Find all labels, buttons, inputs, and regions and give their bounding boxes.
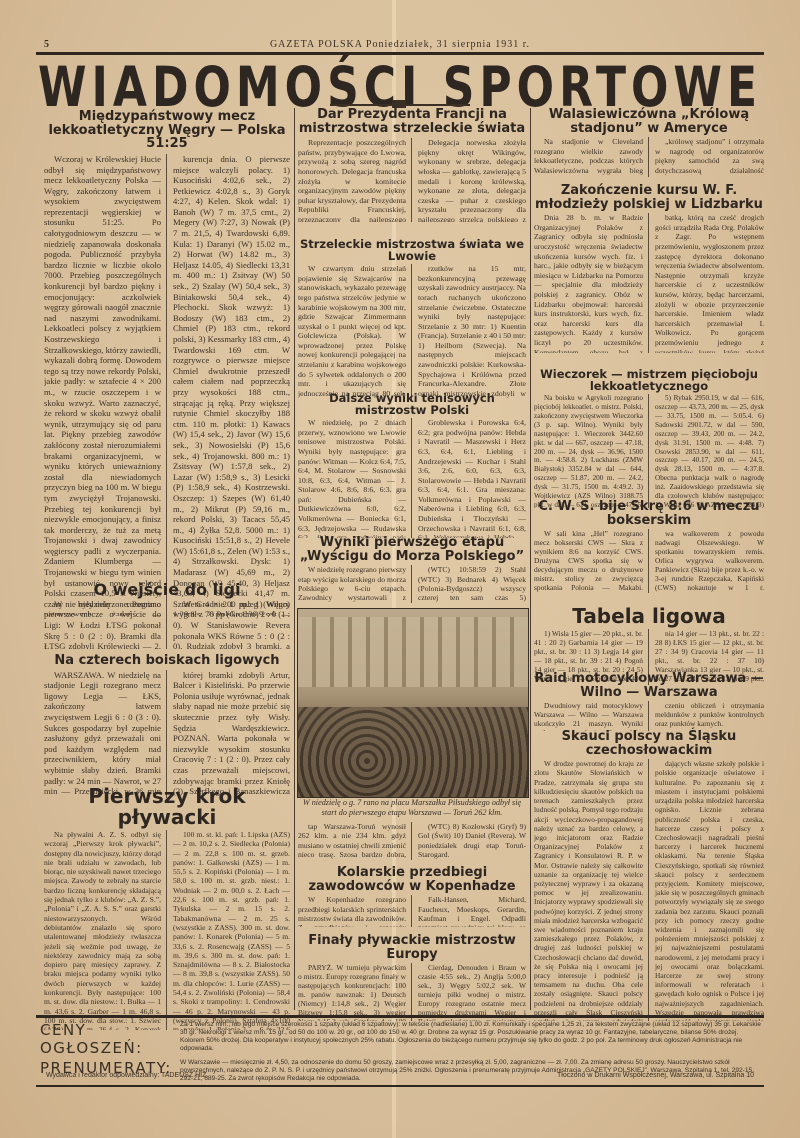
article-text: W drodze powrotnej do kraju ze zlotu Ska…: [534, 759, 643, 1021]
article-french-president: Dar Prezydenta Francji na mistrzostwa st…: [298, 108, 526, 222]
headline: Wyniki pierwszego etapu „Wyścigu do Morz…: [298, 536, 526, 563]
ad-prices-label: CENY OGŁOSZEŃ:: [36, 1021, 180, 1057]
headline: Tabela ligowa: [534, 606, 764, 627]
running-header: 5 GAZETA POLSKA Poniedziałek, 31 sierpni…: [36, 39, 764, 50]
headline: Walasiewiczówna „Królową stadjonu” w Ame…: [534, 108, 764, 135]
article-cycling-race-cont: tap Warszawa-Toruń wynosił 262 klm. a ni…: [298, 822, 526, 860]
header-rule: [36, 52, 764, 55]
headline: O wejście do ligi: [44, 582, 290, 599]
article-text: Falk-Hansen, Michard, Faucheux, Moeskops…: [418, 895, 526, 927]
headline: Finały pływackie mistrzostw Europy: [298, 934, 526, 961]
subscriptions-text: W Warszawie — miesięcznie zł. 4,50, za o…: [180, 1059, 764, 1083]
article-cws-skra: C. W. S. bije Skrę 8:6 w meczu bokserski…: [534, 500, 764, 593]
article-text: Na pływalni A. Z. S. odbył się wczoraj „…: [44, 830, 161, 1030]
article-text: Wczoraj w Królewskiej Hucie odbył się mi…: [44, 154, 161, 616]
article-text: W sali kina „Hel” rozegrano mecz boksers…: [534, 529, 643, 593]
article-text: Dnia 28 b. m. w Radzie Organizacyjnej Po…: [534, 213, 643, 353]
article-text: Reprezentacje poszczególnych państw, prz…: [298, 138, 406, 222]
article-text: Groblewska i Porowska 6:4, 6:2; gra podw…: [418, 418, 526, 538]
headline: Kolarskie przedbiegi zawodowców w Kopenh…: [298, 866, 526, 893]
article-text: W niedzielę rozegrano pierwszy etap wyśc…: [298, 565, 406, 603]
article-text: Na boisku w Agrykoli rozegrano pięciobój…: [534, 394, 643, 508]
article-text: W niedzielę, po 2 dniach przerwy, wznowi…: [298, 418, 406, 538]
article-shooting-lwow: Strzeleckie mistrzostwa świata we Lwowie…: [298, 238, 526, 400]
article-text: wa walkoverem z powodu nadwagi Olszewski…: [655, 529, 764, 593]
article-text: W Grodnie 1 ppleg (Wilno) wygrał z 76 pp…: [173, 599, 290, 649]
page-number: 5: [44, 39, 50, 50]
article-text: rzutków na 15 mtr, bezkonkurencyjną prze…: [418, 264, 526, 400]
article-text: Na stadjonie w Cleveland rozegrano wielk…: [534, 137, 643, 177]
article-cycling-race: Wyniki pierwszego etapu „Wyścigu do Morz…: [298, 536, 526, 603]
article-text: czeniu obliczeń i otrzymania meldunków z…: [655, 701, 764, 728]
ornament-divider: [330, 104, 470, 106]
article-text: (WTC) 10:58:59 2) Stahl (WTC) 3) Bednare…: [418, 565, 526, 603]
article-scouts: Skauci polscy na Śląsku czechosłowackim …: [534, 730, 764, 1021]
article-text: Delegacja norweska złożyła piękny okręt …: [418, 138, 526, 222]
article-text: tap Warszawa-Toruń wynosił 262 klm. a ni…: [298, 822, 406, 860]
article-walasiewicz: Walasiewiczówna „Królową stadjonu” w Ame…: [534, 108, 764, 177]
article-swim-europe: Finały pływackie mistrzostw Europy PARYŻ…: [298, 934, 526, 1021]
headline: Zakończenie kursu W. F. młodzieży polski…: [534, 184, 764, 211]
ad-prices-text: Za 1 wiersz mm., lub jego miejsce szerok…: [180, 1021, 764, 1053]
article-text: dających własne szkoły polskie i polskie…: [655, 759, 764, 1021]
article-text: (WTC) 8) Kozłowski (Gryf) 9) Gol (Świt) …: [418, 822, 526, 859]
headline: Skauci polscy na Śląsku czechosłowackim: [534, 730, 764, 757]
headline: Strzeleckie mistrzostwa świata we Lwowie: [298, 238, 526, 262]
headline: Międzypaństwowy mecz lekkoatletyczny Węg…: [44, 110, 290, 151]
article-text: PARYŻ. W turnieju pływackim o mistrz. Eu…: [298, 963, 406, 1021]
headline: Wieczorek — mistrzem pięcioboju lekkoatl…: [534, 368, 764, 392]
article-text: W czwartym dniu strzelań pojawienie się …: [298, 264, 406, 400]
headline: Raid motocyklowy Warszawa — Wilno — Wars…: [534, 672, 764, 699]
article-wieczorek: Wieczorek — mistrzem pięcioboju lekkoatl…: [534, 368, 764, 508]
article-league-entry: O wejście do ligi W niedzielę rozegrano …: [44, 582, 290, 649]
printer-line: Tłoczono w Drukarni Współczesnej, Warsza…: [557, 1072, 754, 1079]
headline: Dar Prezydenta Francji na mistrzostwa st…: [298, 108, 526, 135]
article-text: Dwudniowy raid motocyklowy Warszawa — Wi…: [534, 701, 643, 731]
article-text: 100 m. st. kl. pań: 1. Lipska (AZS) — 2 …: [173, 830, 290, 1030]
article-text: batką, którą na cześć drogich gości urzą…: [655, 213, 764, 353]
headline: Na czterech boiskach ligowych: [44, 654, 290, 668]
column-rule: [294, 108, 295, 1010]
headline: C. W. S. bije Skrę 8:6 w meczu bokserski…: [534, 500, 764, 527]
article-four-pitches: Na czterech boiskach ligowych WARSZAWA. …: [44, 654, 290, 798]
article-text: Cierdag, Denouden i Braun w czasie 4:55 …: [418, 963, 526, 1021]
article-text: 5) Rybak 2950.19, w dal — 616, oszczep —…: [655, 394, 764, 508]
running-title: GAZETA POLSKA Poniedziałek, 31 sierpnia …: [270, 39, 530, 50]
headline: Dalsze wyniki tenisowych mistrzostw Pols…: [298, 392, 526, 416]
publisher-line: Wydawca i redaktor odpowiedzialny: TADEU…: [46, 1072, 208, 1079]
article-hungary-poland: Międzypaństwowy mecz lekkoatletyczny Węg…: [44, 110, 290, 616]
article-moto-raid: Raid motocyklowy Warszawa — Wilno — Wars…: [534, 672, 764, 731]
article-text: „królowę stadjonu” i otrzymała w nagrodę…: [655, 137, 764, 177]
article-text: W niedzielę rozegrano pierwsze mecze o w…: [44, 599, 161, 649]
building-facade: [298, 617, 528, 687]
article-text: kurencja dnia. O pierwsze miejsce walczy…: [173, 154, 290, 616]
photo-caption: W niedzielę o g. 7 rano na placu Marszał…: [297, 798, 527, 818]
article-text: WARSZAWA. W niedzielę na stadjonie Legji…: [44, 670, 161, 798]
headline: Pierwszy krok pływacki: [44, 786, 290, 828]
imprint-footer: Wydawca i redaktor odpowiedzialny: TADEU…: [36, 1072, 764, 1079]
article-first-swim: Pierwszy krok pływacki Na pływalni A. Z.…: [44, 786, 290, 1030]
race-start-photo: [297, 608, 529, 798]
article-copenhagen: Kolarskie przedbiegi zawodowców w Kopenh…: [298, 866, 526, 927]
article-tennis: Dalsze wyniki tenisowych mistrzostw Pols…: [298, 392, 526, 538]
article-text: W Kopenhadze rozegrano przedbiegi kolars…: [298, 895, 406, 927]
cyclists-crowd: [298, 707, 528, 797]
column-rule: [530, 108, 531, 1010]
article-lidzbark: Zakończenie kursu W. F. młodzieży polski…: [534, 184, 764, 353]
article-text: której bramki zdobyli Artur, Balcer i Ki…: [173, 670, 290, 798]
